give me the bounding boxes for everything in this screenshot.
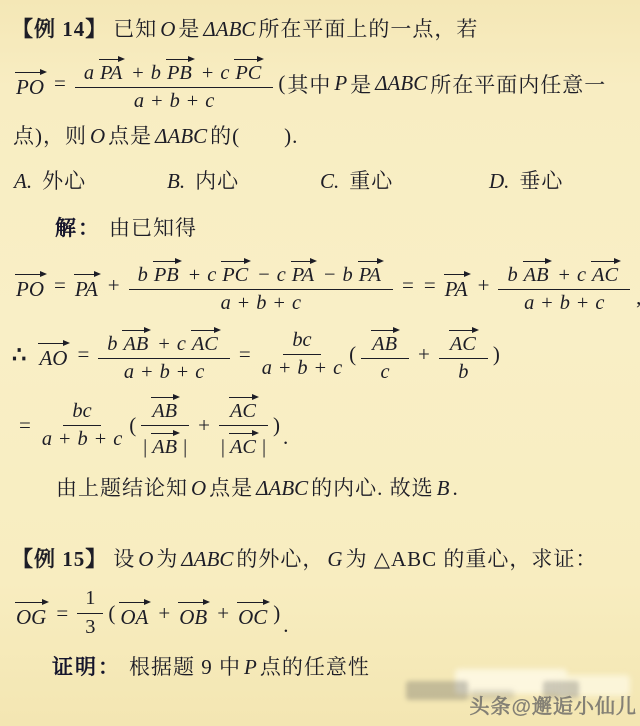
operator: = bbox=[424, 273, 436, 298]
variable: c bbox=[333, 357, 342, 380]
numerator: AC bbox=[439, 325, 488, 359]
example-header: 【例 15】 bbox=[12, 543, 107, 575]
variable: a bbox=[134, 90, 144, 113]
variable: b bbox=[256, 292, 266, 315]
operator: = bbox=[402, 273, 414, 298]
symbol: | bbox=[262, 436, 266, 459]
therefore-symbol: ∴ bbox=[12, 342, 26, 368]
punctuation: . bbox=[283, 613, 288, 638]
proof-label: 证明： bbox=[52, 652, 121, 682]
variable: ΔABC bbox=[203, 13, 255, 45]
variable: b bbox=[151, 62, 161, 85]
variable: c bbox=[113, 428, 122, 451]
variable: c bbox=[207, 264, 216, 287]
symbol: ) bbox=[493, 342, 500, 367]
vector-term: PO bbox=[14, 269, 47, 302]
vector-term: AB bbox=[370, 325, 400, 356]
denominator: a+b+c bbox=[122, 359, 206, 384]
variable: c bbox=[577, 264, 586, 287]
operator: + bbox=[217, 601, 229, 626]
operator: + bbox=[198, 413, 210, 438]
operator: + bbox=[151, 90, 162, 113]
operator: = bbox=[19, 413, 31, 438]
variable: ΔABC bbox=[155, 121, 207, 151]
numerator: 1 bbox=[77, 587, 103, 613]
vector-term: PA bbox=[73, 269, 101, 302]
numerator: bc bbox=[283, 329, 320, 355]
symbol: ) bbox=[273, 413, 280, 438]
variable: P bbox=[244, 652, 257, 682]
formula-ao-step1: ∴AO=bAB+cACa+b+c=bca+b+c(ABc+ACb) bbox=[12, 325, 630, 385]
variable: b bbox=[170, 90, 180, 113]
vector-term: AB bbox=[150, 392, 180, 423]
fraction: AB|AB| bbox=[141, 392, 189, 460]
text-run: 是 bbox=[350, 69, 372, 99]
vector-term: AC bbox=[228, 392, 259, 423]
numerator: bAB+cAC bbox=[98, 325, 230, 359]
variable: a bbox=[221, 292, 231, 315]
operator: + bbox=[158, 333, 169, 356]
option-a-text: 外心 bbox=[42, 166, 86, 196]
variable: O bbox=[90, 121, 105, 151]
fraction: bca+b+c bbox=[40, 400, 124, 452]
operator: + bbox=[132, 62, 143, 85]
vector-term: PB bbox=[165, 54, 195, 85]
fraction: aPA+bPB+cPCa+b+c bbox=[75, 54, 274, 114]
variable: a bbox=[42, 428, 52, 451]
symbol: ( bbox=[129, 413, 136, 438]
formula-po-derivation: PO=PA+bPB+cPC−cPA−bPAa+b+c==PA+bAB+cACa+… bbox=[12, 256, 630, 316]
text-run: 点是 bbox=[209, 473, 253, 503]
fraction: bAB+cACa+b+c bbox=[98, 325, 230, 385]
numerator: AB bbox=[141, 392, 189, 426]
operator: + bbox=[279, 357, 290, 380]
denominator: a+b+c bbox=[132, 88, 216, 113]
text-run: 所在平面内任意一 bbox=[430, 69, 606, 99]
text-run: 根据题 9 中 bbox=[129, 652, 241, 682]
variable: b bbox=[78, 428, 88, 451]
operator: + bbox=[541, 292, 552, 315]
variable: c bbox=[277, 264, 286, 287]
operator: + bbox=[189, 264, 200, 287]
variable: b bbox=[343, 264, 353, 287]
operator: + bbox=[202, 62, 213, 85]
option-d: D. 垂心 bbox=[487, 166, 564, 196]
option-b: B. 内心 bbox=[165, 166, 318, 196]
blur-smudge-gray bbox=[406, 681, 468, 700]
option-a-label: A. bbox=[14, 166, 32, 196]
operator: = bbox=[239, 342, 251, 367]
variable: c bbox=[381, 361, 390, 384]
operator: + bbox=[141, 361, 152, 384]
text-run: 由上题结论知 bbox=[56, 473, 188, 503]
fraction: ACb bbox=[439, 325, 488, 385]
fraction: bPB+cPC−cPA−bPAa+b+c bbox=[129, 256, 393, 316]
vector-term: PO bbox=[14, 67, 47, 100]
vector-term: AC bbox=[228, 428, 259, 459]
variable: c bbox=[205, 90, 214, 113]
text-run: 其中 bbox=[287, 69, 331, 99]
symbol: ) bbox=[273, 601, 280, 626]
example14-intro-line: 【例 14】已知O是ΔABC所在平面上的一点，若 bbox=[12, 10, 630, 45]
variable: bc bbox=[292, 329, 311, 352]
vector-term: AC bbox=[590, 256, 621, 287]
conclusion-line: 由上题结论知O点是ΔABC的内心. 故选B. bbox=[55, 473, 630, 503]
text-run: ). bbox=[284, 121, 298, 151]
vector-term: PC bbox=[220, 256, 251, 287]
fraction: 13 bbox=[77, 587, 103, 639]
symbol: 1 bbox=[85, 587, 95, 610]
denominator: b bbox=[456, 359, 470, 384]
numerator: bAB+cAC bbox=[498, 256, 630, 290]
operator: + bbox=[418, 342, 430, 367]
option-d-label: D. bbox=[489, 166, 509, 196]
variable: b bbox=[560, 292, 570, 315]
denominator: 3 bbox=[84, 614, 96, 639]
text-run: 设 bbox=[113, 543, 135, 575]
operator: + bbox=[559, 264, 570, 287]
option-a: A. 外心 bbox=[12, 166, 165, 196]
vector-term: PA bbox=[98, 54, 125, 85]
vector-term: PA bbox=[290, 256, 317, 287]
vector-term: AC bbox=[190, 325, 221, 356]
symbol: . bbox=[453, 473, 458, 503]
operator: = bbox=[56, 601, 68, 626]
fraction: bca+b+c bbox=[260, 329, 344, 381]
text-run: 为 △ABC 的重心，求证： bbox=[346, 543, 598, 575]
operator: = bbox=[54, 71, 66, 96]
variable: b bbox=[458, 361, 468, 384]
operator: + bbox=[238, 292, 249, 315]
text-run: 点)，则 bbox=[13, 121, 87, 151]
denominator: a+b+c bbox=[219, 290, 303, 315]
variable: a bbox=[84, 62, 94, 85]
formula-po-definition: PO=aPA+bPB+cPCa+b+c(其中P是ΔABC所在平面内任意一 bbox=[12, 54, 630, 114]
option-c: C. 重心 bbox=[318, 166, 487, 196]
text-run: 的( bbox=[210, 121, 240, 151]
text-run: 的内心. 故选 bbox=[311, 473, 434, 503]
document-page: 【例 14】已知O是ΔABC所在平面上的一点，若 PO=aPA+bPB+cPCa… bbox=[0, 0, 640, 726]
operator: + bbox=[158, 601, 170, 626]
vector-term: OA bbox=[118, 597, 151, 630]
variable: O bbox=[191, 473, 206, 503]
operator: = bbox=[54, 273, 66, 298]
vector-term: PA bbox=[443, 269, 471, 302]
denominator: a+b+c bbox=[522, 290, 606, 315]
denominator: |AB| bbox=[142, 426, 188, 459]
operator: + bbox=[59, 428, 70, 451]
operator: + bbox=[187, 90, 198, 113]
solution-line: 解： 由已知得 bbox=[55, 213, 630, 243]
vector-term: AO bbox=[37, 338, 70, 371]
variable: G bbox=[327, 543, 342, 575]
choice-options-row: A. 外心 B. 内心 C. 重心 D. 垂心 bbox=[12, 166, 630, 196]
text-run: 的外心， bbox=[236, 543, 324, 575]
text-run: 为 bbox=[156, 543, 178, 575]
variable: B bbox=[437, 473, 450, 503]
example14-intro-continuation: 点)，则O点是ΔABC的(). bbox=[12, 121, 630, 151]
punctuation: , bbox=[636, 285, 640, 310]
variable: c bbox=[595, 292, 604, 315]
operator: = bbox=[77, 342, 89, 367]
variable: ΔABC bbox=[181, 543, 233, 575]
variable: P bbox=[334, 71, 347, 96]
variable: bc bbox=[72, 400, 91, 423]
numerator: bPB+cPC−cPA−bPA bbox=[129, 256, 393, 290]
vector-term: PA bbox=[357, 256, 384, 287]
variable: O bbox=[160, 13, 175, 45]
variable: a bbox=[124, 361, 134, 384]
option-c-text: 重心 bbox=[349, 166, 393, 196]
text-run: 所在平面上的一点，若 bbox=[258, 13, 478, 45]
operator: − bbox=[324, 264, 335, 287]
denominator: |AC| bbox=[220, 426, 267, 459]
fraction: bAB+cACa+b+c bbox=[498, 256, 630, 316]
vector-term: OB bbox=[177, 597, 210, 630]
fraction: ABc bbox=[361, 325, 409, 385]
variable: c bbox=[292, 292, 301, 315]
punctuation: . bbox=[283, 425, 288, 450]
text-run: 是 bbox=[178, 13, 200, 45]
option-b-text: 内心 bbox=[195, 166, 239, 196]
option-d-text: 垂心 bbox=[519, 166, 563, 196]
symbol: | bbox=[143, 436, 147, 459]
text-run: 点的任意性 bbox=[260, 652, 370, 682]
vector-term: AC bbox=[448, 325, 479, 356]
operator: − bbox=[258, 264, 269, 287]
operator: + bbox=[577, 292, 588, 315]
variable: c bbox=[220, 62, 229, 85]
operator: + bbox=[95, 428, 106, 451]
vector-term: PB bbox=[152, 256, 182, 287]
variable: c bbox=[177, 333, 186, 356]
example-header: 【例 14】 bbox=[12, 13, 107, 45]
variable: ΔABC bbox=[256, 473, 308, 503]
variable: b bbox=[297, 357, 307, 380]
denominator: a+b+c bbox=[260, 355, 344, 380]
text-run: 点是 bbox=[108, 121, 152, 151]
operator: + bbox=[478, 273, 490, 298]
operator: + bbox=[273, 292, 284, 315]
numerator: bc bbox=[63, 400, 100, 426]
numerator: AB bbox=[361, 325, 409, 359]
operator: + bbox=[315, 357, 326, 380]
vector-term: AB bbox=[150, 428, 180, 459]
vector-term: AB bbox=[121, 325, 151, 356]
watermark-text: 头条@邂逅小仙儿 bbox=[469, 690, 637, 719]
solution-label: 解： bbox=[55, 213, 101, 243]
vector-term: OC bbox=[236, 597, 270, 630]
proof-text: 根据题 9 中P点的任意性 bbox=[128, 652, 371, 682]
symbol: 3 bbox=[85, 616, 95, 639]
solution-text: 由已知得 bbox=[109, 213, 197, 243]
variable: ΔABC bbox=[375, 71, 427, 96]
symbol: | bbox=[183, 436, 187, 459]
text-run: 已知 bbox=[113, 13, 157, 45]
variable: c bbox=[195, 361, 204, 384]
symbol: ( bbox=[108, 601, 115, 626]
option-c-label: C. bbox=[320, 166, 339, 196]
symbol: | bbox=[221, 436, 225, 459]
variable: a bbox=[524, 292, 534, 315]
operator: + bbox=[108, 273, 120, 298]
variable: b bbox=[138, 264, 148, 287]
variable: b bbox=[507, 264, 517, 287]
symbol: ( bbox=[278, 71, 285, 96]
symbol: ( bbox=[349, 342, 356, 367]
vector-term: AB bbox=[522, 256, 552, 287]
variable: b bbox=[160, 361, 170, 384]
vector-term: OG bbox=[14, 597, 49, 630]
variable: a bbox=[262, 357, 272, 380]
vector-term: PC bbox=[233, 54, 264, 85]
formula-ao-step2: =bca+b+c(AB|AB|+AC|AC|). bbox=[14, 392, 630, 460]
operator: + bbox=[177, 361, 188, 384]
example15-intro-line: 【例 15】设O为ΔABC的外心，G为 △ABC 的重心，求证： bbox=[12, 543, 630, 575]
variable: O bbox=[138, 543, 153, 575]
variable: b bbox=[107, 333, 117, 356]
option-b-label: B. bbox=[167, 166, 185, 196]
numerator: aPA+bPB+cPC bbox=[75, 54, 274, 88]
proof-line: 证明： 根据题 9 中P点的任意性 bbox=[52, 652, 630, 682]
denominator: c bbox=[379, 359, 392, 384]
fraction: AC|AC| bbox=[219, 392, 268, 460]
numerator: AC bbox=[219, 392, 268, 426]
denominator: a+b+c bbox=[40, 426, 124, 451]
formula-og-claim: OG=13(OA+OB+OC). bbox=[12, 587, 630, 639]
